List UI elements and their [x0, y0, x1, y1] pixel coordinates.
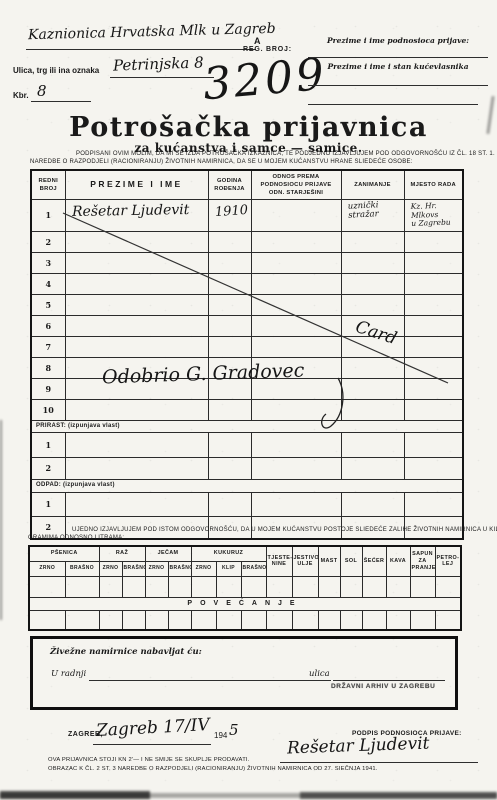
supply-cell	[145, 576, 168, 597]
form-title: Potrošačka prijavnica	[0, 112, 497, 143]
header-raz: RAŽ	[99, 546, 145, 561]
cell-relation	[251, 273, 341, 294]
scan-bottom-right-smudge	[300, 792, 497, 799]
cell-relation	[251, 457, 341, 479]
cell-occupation	[341, 378, 404, 399]
row-number: 1	[31, 492, 65, 516]
workplace-line1: Kz. Hr. Mlkovs	[410, 201, 438, 220]
supply-cell	[386, 576, 410, 597]
cell-name	[65, 294, 208, 315]
cell-birth-year	[208, 252, 251, 273]
year-handwriting: 5	[229, 721, 239, 739]
cell-birth-year	[208, 399, 251, 420]
cell-name	[65, 432, 208, 457]
cell-relation	[251, 294, 341, 315]
supply-cell	[435, 576, 461, 597]
row-number: 7	[31, 336, 65, 357]
header-prezime-ime: PREZIME I IME	[65, 170, 208, 200]
cell-birth-year	[208, 315, 251, 336]
cell-occupation	[341, 399, 404, 420]
header-jecam: JEČAM	[145, 546, 191, 561]
office-name-handwriting: Kaznionica Hrvatska Mlk u Zagreb	[28, 21, 276, 43]
cell-relation	[251, 336, 341, 357]
povecanje-row: POVEĆANJE	[29, 597, 461, 610]
sub-brasno: BRAŠNO	[241, 561, 266, 576]
header-odnos: ODNOS PREMA PODNOSIOCU PRIJAVE ODN. STAR…	[251, 170, 341, 200]
supply-cell	[99, 610, 122, 630]
cell-workplace	[404, 294, 463, 315]
cell-relation	[251, 315, 341, 336]
landlord-label: Prezime i ime i stan kućevlasnika	[308, 62, 488, 71]
person-row-2: 2	[31, 231, 463, 252]
sub-brasno: BRAŠNO	[65, 561, 99, 576]
header-mjesto-rada: MJESTO RADA	[404, 170, 463, 200]
row-number: 1	[31, 200, 65, 231]
applicant-name-line	[308, 57, 488, 58]
signature-underline	[280, 762, 478, 763]
odpad-section-row: ODPAD: (izpunjava vlast)	[31, 479, 463, 492]
odpad-row-1: 1	[31, 492, 463, 516]
cell-occupation	[341, 492, 404, 516]
row-number: 10	[31, 399, 65, 420]
supply-cell	[191, 610, 216, 630]
cell-workplace	[404, 399, 463, 420]
cell-relation	[251, 231, 341, 252]
supply-cell	[241, 576, 266, 597]
supply-cell	[145, 610, 168, 630]
shop-line	[89, 680, 331, 681]
header-psenica: PŠENICA	[29, 546, 99, 561]
form-reference-note: OBRAZAC K ČL. 2 ST. 3 NAREDBE O RAZPODJE…	[48, 766, 378, 772]
person-row-3: 3	[31, 252, 463, 273]
supply-cell	[266, 610, 292, 630]
supplies-intro-line1: UJEDNO IZJAVLJUJEM POD ISTOM ODGOVORNOŠĆ…	[72, 527, 497, 533]
row-number: 2	[31, 457, 65, 479]
cell-birth-year	[208, 457, 251, 479]
supply-cell	[29, 610, 65, 630]
cell-relation	[251, 492, 341, 516]
house-number-underline	[31, 101, 91, 102]
cell-birth-year: 1910	[208, 200, 251, 231]
cell-workplace	[404, 273, 463, 294]
supplies-table: PŠENICA RAŽ JEČAM KUKURUZ TJESTE-NINE JE…	[28, 545, 462, 631]
row-number: 6	[31, 315, 65, 336]
header-redni-broj: REDNI BROJ	[31, 170, 65, 200]
oath-text-line2: NAREDBE O RAZPODJELI (RACIONIRANJU) ŽIVO…	[30, 159, 413, 165]
supply-cell	[362, 576, 386, 597]
applicant-name-label: Prezime i ime podnosioca prijave:	[308, 36, 488, 45]
workplace-line2: u Zagrebu	[411, 218, 451, 228]
header-kukuruz: KUKURUZ	[191, 546, 266, 561]
cell-relation	[251, 252, 341, 273]
person-row-4: 4	[31, 273, 463, 294]
cell-name	[65, 399, 208, 420]
date-underline	[93, 744, 211, 745]
supply-cell	[122, 576, 145, 597]
cell-occupation	[341, 432, 404, 457]
persons-table: REDNI BROJ PREZIME I IME GODINA ROĐENJA …	[30, 169, 464, 540]
prirast-row-2: 2	[31, 457, 463, 479]
cell-workplace	[404, 457, 463, 479]
supply-cell	[65, 576, 99, 597]
cell-relation	[251, 399, 341, 420]
header-godina: GODINA ROĐENJA	[208, 170, 251, 200]
row-number: 2	[31, 231, 65, 252]
landlord-line-2	[308, 104, 478, 105]
supply-cell	[410, 576, 435, 597]
supply-cell	[216, 576, 241, 597]
person-row-1: 1 Rešetar Ljudevit 1910 uzničkistražar K…	[31, 200, 463, 231]
supplies-entry-row	[29, 576, 461, 597]
cell-workplace: Kz. Hr. Mlkovsu Zagrebu	[404, 200, 463, 231]
cell-birth-year	[208, 432, 251, 457]
cell-birth-year	[208, 294, 251, 315]
oath-text-line1: PODPISANI OVIM MOLIM, DA MI SE IZDA POTR…	[76, 151, 495, 157]
supplies-intro-line2: GRAMIMA ODNOSNO LITRAMA:	[28, 535, 124, 541]
cell-workplace	[404, 231, 463, 252]
supply-cell	[241, 610, 266, 630]
cell-birth-year	[208, 492, 251, 516]
sub-brasno: BRAŠNO	[168, 561, 191, 576]
person-row-7: 7	[31, 336, 463, 357]
supply-cell	[168, 576, 191, 597]
row-number: 9	[31, 378, 65, 399]
person-row-5: 5	[31, 294, 463, 315]
archive-stamp: DRŽAVNI ARHIV U ZAGREBU	[331, 683, 435, 690]
supply-cell	[410, 610, 435, 630]
price-note: OVA PRIJAVNICA STOJI KN 2'— I NE SMIJE S…	[48, 757, 250, 763]
cell-relation	[251, 432, 341, 457]
header-sol: SOL	[340, 546, 362, 576]
header-jestivo-ulje: JESTIVO ULJE	[292, 546, 318, 576]
prirast-section-row: PRIRAST: (izpunjava vlast)	[31, 420, 463, 432]
supply-cell	[292, 610, 318, 630]
house-number-handwriting: 8	[37, 82, 47, 100]
supply-cell	[191, 576, 216, 597]
odpad-label: ODPAD: (izpunjava vlast)	[31, 479, 463, 492]
sub-zrno: ZRNO	[99, 561, 122, 576]
purchase-declaration-box: Živežne namirnice nabavljat ću: U radnji…	[30, 636, 458, 710]
cell-relation	[251, 200, 341, 231]
cell-name	[65, 336, 208, 357]
signature-handwriting: Rešetar Ljudevit	[287, 734, 430, 759]
supply-cell	[362, 610, 386, 630]
header-petrolej: PETRO-LEJ	[435, 546, 461, 576]
sub-klip: KLIP	[216, 561, 241, 576]
street-underline	[110, 77, 214, 78]
supply-cell	[99, 576, 122, 597]
cell-name	[65, 252, 208, 273]
sub-zrno: ZRNO	[29, 561, 65, 576]
cell-name: Rešetar Ljudevit	[65, 200, 208, 231]
supplies-group-header-row: PŠENICA RAŽ JEČAM KUKURUZ TJESTE-NINE JE…	[29, 546, 461, 561]
cell-workplace	[404, 378, 463, 399]
supply-cell	[318, 576, 340, 597]
cell-birth-year	[208, 273, 251, 294]
cell-workplace	[404, 252, 463, 273]
cell-occupation	[341, 357, 404, 378]
supply-cell	[435, 610, 461, 630]
sub-brasno: BRAŠNO	[122, 561, 145, 576]
prirast-label: PRIRAST: (izpunjava vlast)	[31, 420, 463, 432]
cell-occupation	[341, 294, 404, 315]
scan-bottom-left-smudge	[0, 791, 150, 799]
row-number: 4	[31, 273, 65, 294]
house-number-label: Kbr.	[13, 91, 29, 100]
header-sapun: SAPUN ZA PRANJE	[410, 546, 435, 576]
scan-left-edge-mark	[0, 420, 2, 620]
row-number: 8	[31, 357, 65, 378]
box-street-line	[333, 680, 445, 681]
header-tjestenine: TJESTE-NINE	[266, 546, 292, 576]
cell-name	[65, 457, 208, 479]
cell-occupation: uzničkistražar	[341, 200, 404, 231]
supply-cell	[29, 576, 65, 597]
office-name-underline	[26, 49, 256, 50]
povecanje-label: POVEĆANJE	[29, 597, 461, 610]
row-number: 5	[31, 294, 65, 315]
prirast-row-1: 1	[31, 432, 463, 457]
box-street-label: ulica	[309, 669, 330, 679]
row-number: 1	[31, 432, 65, 457]
birth-year-handwriting: 1910	[214, 203, 248, 220]
person-row-10: 10	[31, 399, 463, 420]
street-handwriting: Petrinjska 8	[113, 53, 204, 74]
cell-workplace	[404, 492, 463, 516]
supply-cell	[340, 610, 362, 630]
street-label: Ulica, trg ili ina oznaka	[13, 66, 99, 75]
cell-occupation	[341, 231, 404, 252]
cell-workplace	[404, 315, 463, 336]
supply-cell	[122, 610, 145, 630]
supply-cell	[266, 576, 292, 597]
cell-occupation	[341, 252, 404, 273]
supplies-increase-row	[29, 610, 461, 630]
cell-workplace	[404, 432, 463, 457]
year-prefix: 194	[214, 731, 227, 740]
occupation-line2: stražar	[347, 210, 378, 222]
cell-birth-year	[208, 336, 251, 357]
sub-zrno: ZRNO	[191, 561, 216, 576]
sub-zrno: ZRNO	[145, 561, 168, 576]
supply-cell	[65, 610, 99, 630]
supply-cell	[168, 610, 191, 630]
persons-header-row: REDNI BROJ PREZIME I IME GODINA ROĐENJA …	[31, 170, 463, 200]
cell-name	[65, 315, 208, 336]
header-mast: MAST	[318, 546, 340, 576]
cell-occupation	[341, 457, 404, 479]
cell-workplace	[404, 357, 463, 378]
purchase-heading: Živežne namirnice nabavljat ću:	[50, 647, 202, 657]
landlord-line-1	[308, 85, 488, 86]
supply-cell	[216, 610, 241, 630]
cell-name	[65, 273, 208, 294]
row-number: 3	[31, 252, 65, 273]
header-secer: ŠEĆER	[362, 546, 386, 576]
date-handwriting: Zagreb 17/IV	[96, 715, 211, 741]
cell-workplace	[404, 336, 463, 357]
header-zanimanje: ZANIMANJE	[341, 170, 404, 200]
supply-cell	[386, 610, 410, 630]
series-letter: A	[254, 36, 261, 46]
supply-cell	[292, 576, 318, 597]
header-kava: KAVA	[386, 546, 410, 576]
supply-cell	[318, 610, 340, 630]
scanned-form-page: Kaznionica Hrvatska Mlk u Zagreb A REG. …	[0, 0, 497, 800]
cell-name	[65, 492, 208, 516]
supply-cell	[340, 576, 362, 597]
cell-birth-year	[208, 231, 251, 252]
shop-label: U radnji	[51, 669, 86, 679]
cell-occupation	[341, 273, 404, 294]
name-handwriting: Rešetar Ljudevit	[71, 202, 189, 220]
cell-name	[65, 231, 208, 252]
